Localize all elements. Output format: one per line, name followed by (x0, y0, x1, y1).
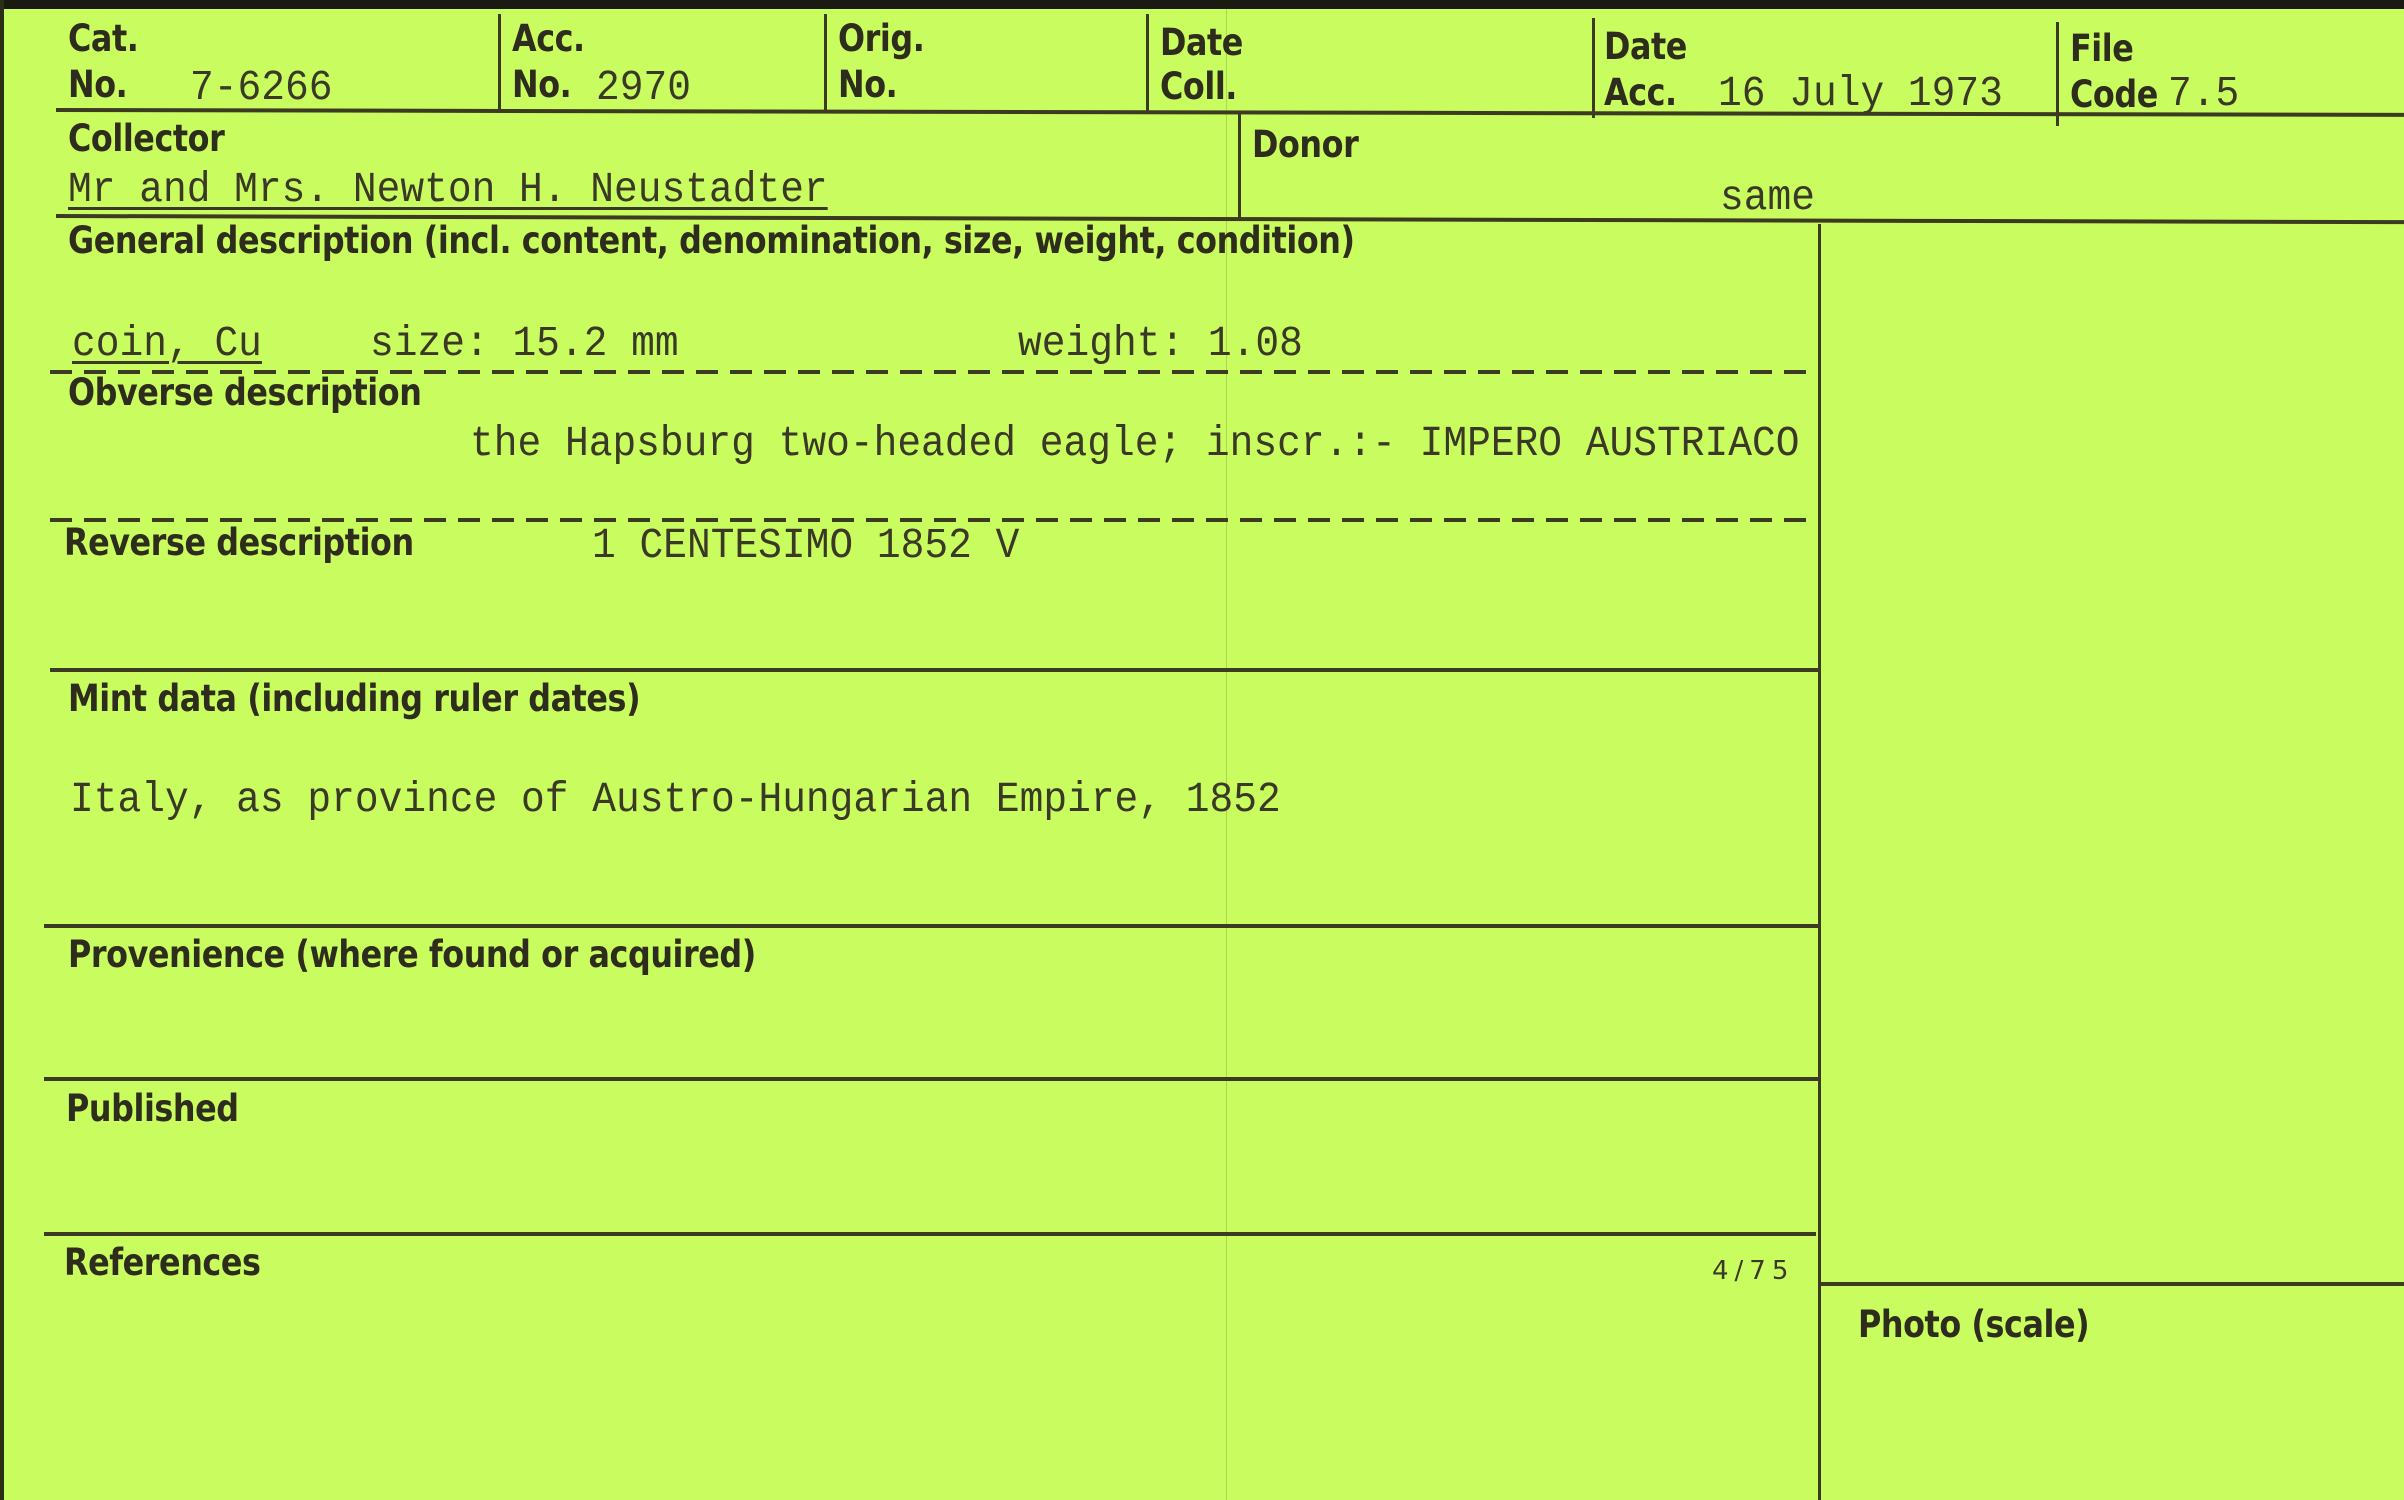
published-rule (44, 1232, 1816, 1236)
scan-edge-top (0, 0, 2404, 9)
general-size-value: size: 15.2 mm (370, 322, 679, 365)
reverse-description-label: Reverse description (64, 524, 414, 561)
collector-value: Mr and Mrs. Newton H. Neustadter (68, 168, 828, 211)
mint-data-label: Mint data (including ruler dates) (68, 680, 640, 717)
header-rule (56, 108, 2404, 117)
cat-no-label-1: Cat. (68, 20, 138, 57)
divider-v (824, 14, 827, 112)
cat-no-value: 7-6266 (190, 66, 332, 109)
acc-no-value: 2970 (596, 66, 691, 109)
collector-label: Collector (68, 120, 224, 157)
reverse-description-value: 1 CENTESIMO 1852 V (592, 524, 1019, 567)
file-code-label-1: File (2070, 30, 2133, 67)
general-weight-value: weight: 1.08 (1018, 322, 1303, 365)
date-coll-label-1: Date (1160, 24, 1243, 61)
provenience-label: Provenience (where found or acquired) (68, 936, 756, 973)
divider-v (1146, 14, 1149, 114)
photo-scale-label: Photo (scale) (1858, 1306, 2089, 1343)
donor-label: Donor (1252, 126, 1358, 163)
references-label: References (64, 1244, 261, 1281)
provenience-rule (44, 1077, 1818, 1081)
divider-v (2056, 22, 2059, 126)
orig-no-label-1: Orig. (838, 20, 924, 57)
photo-rule (1818, 1282, 2404, 1286)
acc-no-label-1: Acc. (512, 20, 585, 57)
mint-data-value: Italy, as province of Austro-Hungarian E… (70, 778, 1281, 821)
obverse-description-value: the Hapsburg two-headed eagle; inscr.:- … (470, 422, 1799, 465)
acc-no-label-2: No. (512, 66, 571, 103)
file-code-value: 7.5 (2168, 72, 2239, 115)
date-coll-label-2: Coll. (1160, 68, 1237, 105)
form-code: 4/75 (1712, 1256, 1794, 1286)
donor-value: same (1720, 176, 1815, 219)
general-material-value: coin, Cu (72, 322, 262, 365)
photo-column-divider (1818, 224, 1821, 1500)
file-code-label-2: Code (2070, 76, 2158, 113)
obverse-description-label: Obverse description (68, 374, 421, 411)
scan-edge-left (0, 0, 4, 1500)
catalog-card: Cat. No. 7-6266 Acc. No. 2970 Orig. No. … (0, 0, 2404, 1500)
date-acc-value: 16 July 1973 (1718, 72, 2003, 115)
date-acc-label-2: Acc. (1604, 74, 1677, 111)
reverse-rule (50, 668, 1818, 672)
divider-v (498, 14, 501, 110)
mint-rule (44, 924, 1818, 928)
date-acc-label-1: Date (1604, 28, 1687, 65)
published-label: Published (66, 1090, 239, 1127)
divider-v (1238, 114, 1241, 220)
cat-no-label-2: No. (68, 66, 127, 103)
divider-v (1592, 18, 1595, 118)
orig-no-label-2: No. (838, 66, 897, 103)
general-description-label: General description (incl. content, deno… (68, 222, 1355, 259)
